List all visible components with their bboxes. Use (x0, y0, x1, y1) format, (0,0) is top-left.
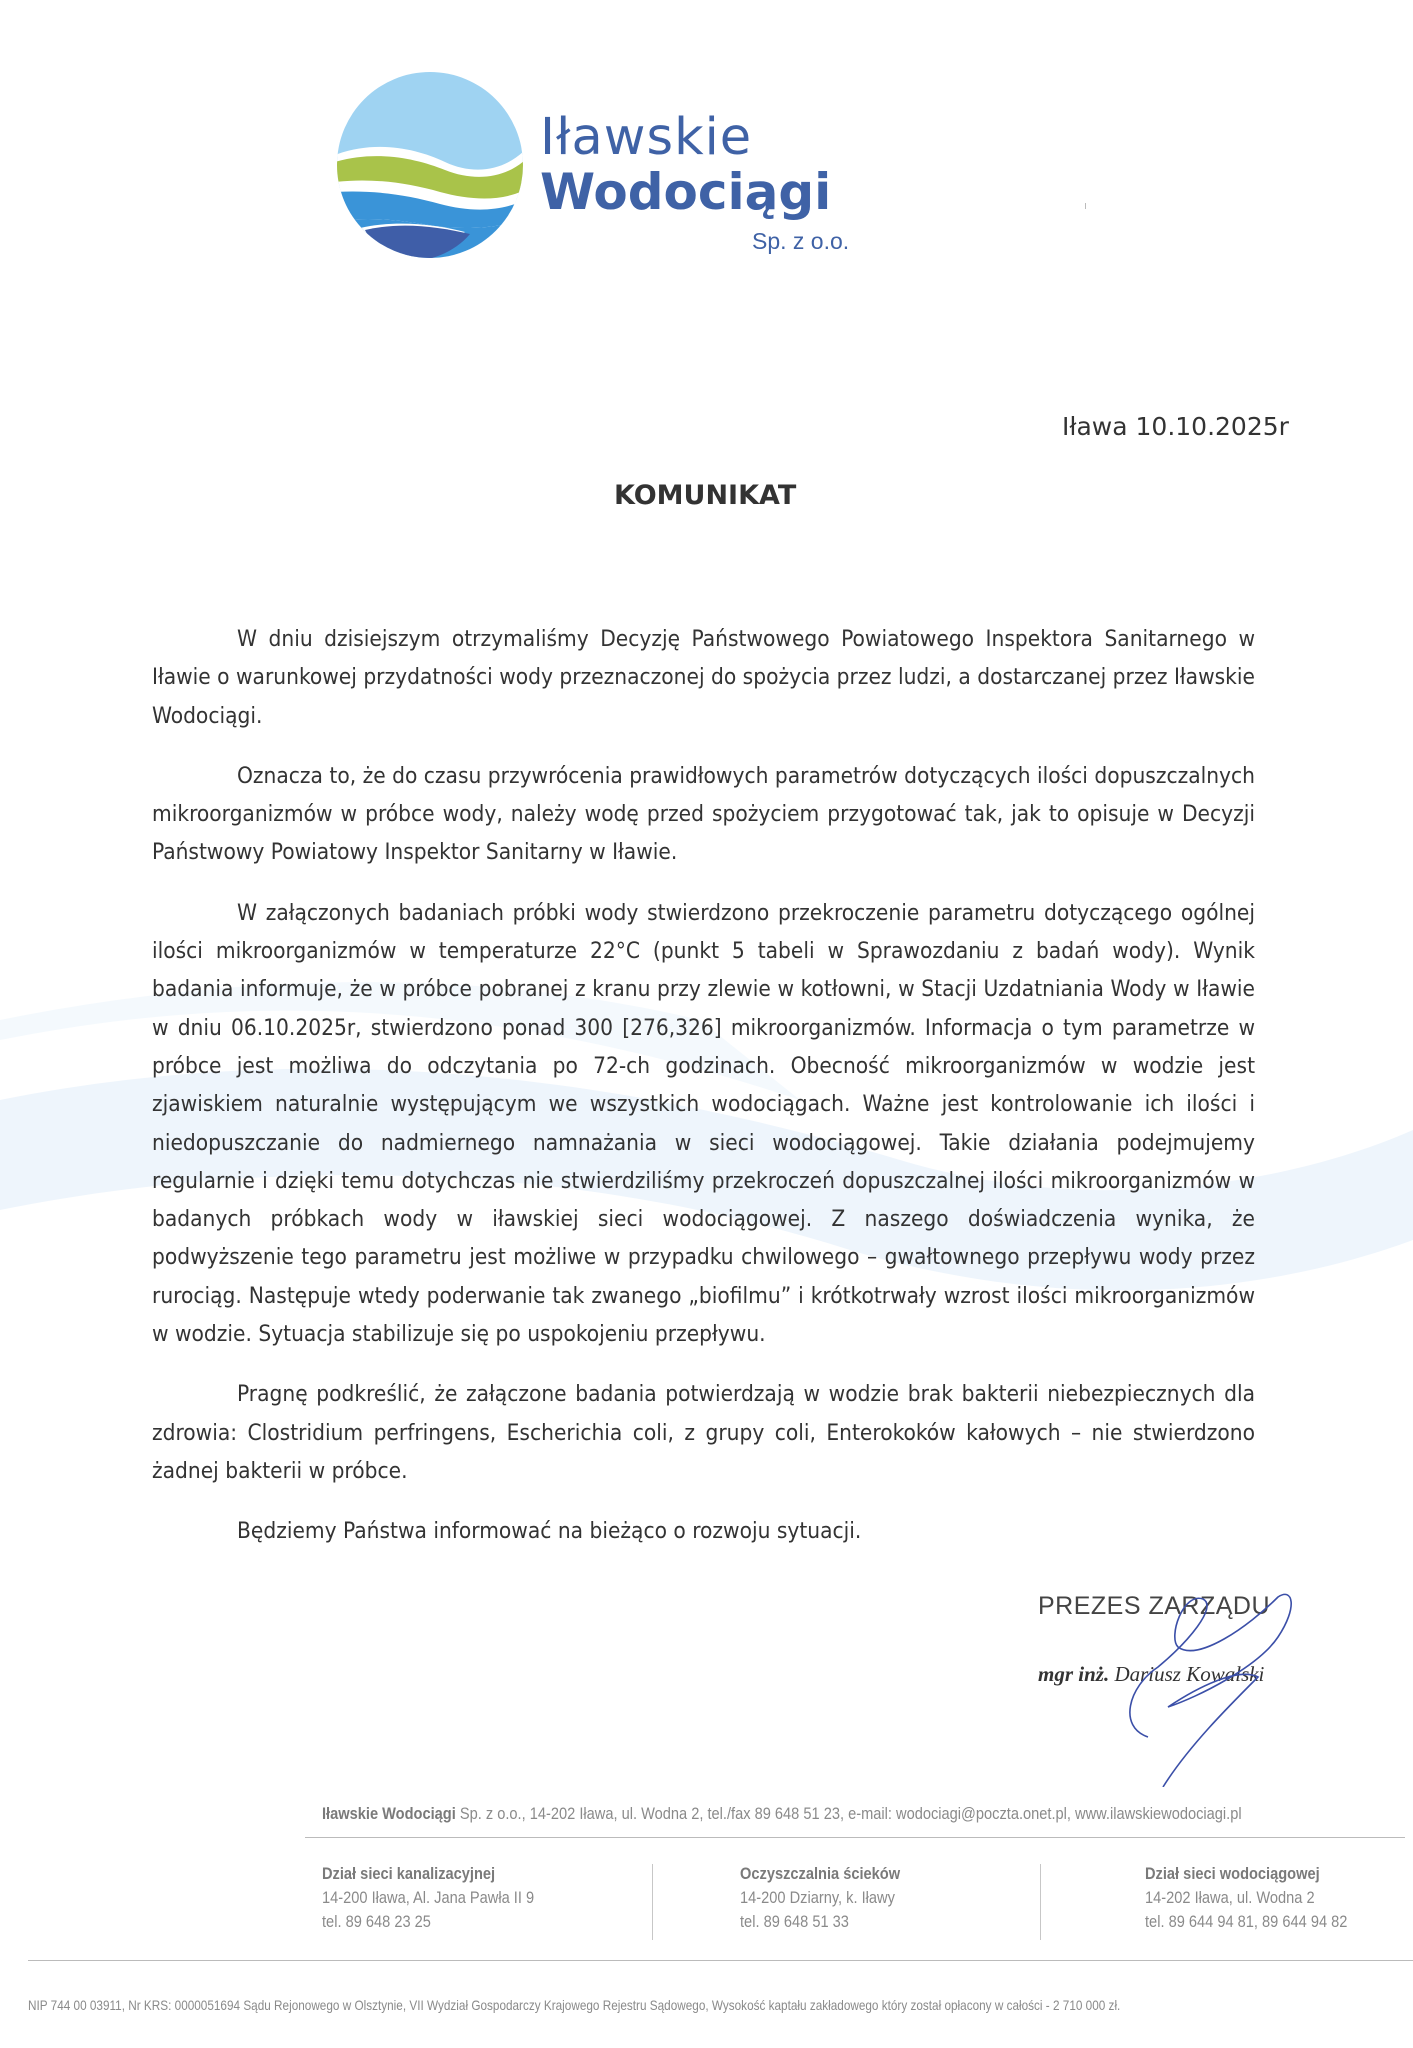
logo-line-2: Wodociągi (540, 164, 831, 220)
footer-divider (305, 1837, 1405, 1838)
footer-legal-info: NIP 744 00 03911, Nr KRS: 0000051694 Sąd… (28, 1997, 1120, 2013)
footer-departments: Dział sieci kanalizacyjnej 14-200 Iława,… (322, 1862, 1402, 1942)
department-name: Oczyszczalnia ścieków (740, 1862, 900, 1886)
footer-company-name: Iławskie Wodociągi (322, 1804, 456, 1823)
paragraph: W dniu dzisiejszym otrzymaliśmy Decyzję … (152, 620, 1255, 735)
signature-block: PREZES ZARZĄDU mgr inż. Dariusz Kowalski (1038, 1592, 1338, 1792)
logo-line-1: Iławskie (540, 112, 831, 164)
column-divider (652, 1864, 653, 1940)
handwritten-signature-icon (1078, 1587, 1338, 1787)
department-sewer: Dział sieci kanalizacyjnej 14-200 Iława,… (322, 1862, 534, 1934)
department-water-network: Dział sieci wodociągowej 14-202 Iława, u… (1145, 1862, 1347, 1934)
footer-company-info: Iławskie Wodociągi Sp. z o.o., 14-202 Ił… (322, 1804, 1242, 1824)
footer-divider-bottom (28, 1960, 1413, 1961)
document-title: KOMUNIKAT (614, 480, 796, 511)
paragraph: Oznacza to, że do czasu przywrócenia pra… (152, 757, 1255, 872)
department-address: 14-200 Dziarny, k. Iławy (740, 1886, 900, 1910)
document-body: W dniu dzisiejszym otrzymaliśmy Decyzję … (152, 620, 1255, 1573)
department-address: 14-202 Iława, ul. Wodna 2 (1145, 1886, 1347, 1910)
scan-speck (1085, 203, 1086, 209)
department-name: Dział sieci kanalizacyjnej (322, 1862, 534, 1886)
department-treatment-plant: Oczyszczalnia ścieków 14-200 Dziarny, k.… (740, 1862, 900, 1934)
column-divider (1040, 1864, 1041, 1940)
department-name: Dział sieci wodociągowej (1145, 1862, 1347, 1886)
department-phone: tel. 89 648 51 33 (740, 1910, 900, 1934)
department-phone: tel. 89 648 23 25 (322, 1910, 534, 1934)
document-date: Iława 10.10.2025r (1062, 412, 1289, 441)
logo-line-3: Sp. z o.o. (752, 228, 849, 255)
water-waves-logo-icon (335, 70, 525, 260)
paragraph: W załączonych badaniach próbki wody stwi… (152, 894, 1255, 1354)
logo-wordmark: Iławskie Wodociągi Sp. z o.o. (540, 112, 831, 220)
department-address: 14-200 Iława, Al. Jana Pawła II 9 (322, 1886, 534, 1910)
footer-company-contact: Sp. z o.o., 14-202 Iława, ul. Wodna 2, t… (456, 1804, 1242, 1823)
paragraph: Pragnę podkreślić, że załączone badania … (152, 1375, 1255, 1490)
paragraph: Będziemy Państwa informować na bieżąco o… (152, 1512, 1255, 1550)
department-phone: tel. 89 644 94 81, 89 644 94 82 (1145, 1910, 1347, 1934)
